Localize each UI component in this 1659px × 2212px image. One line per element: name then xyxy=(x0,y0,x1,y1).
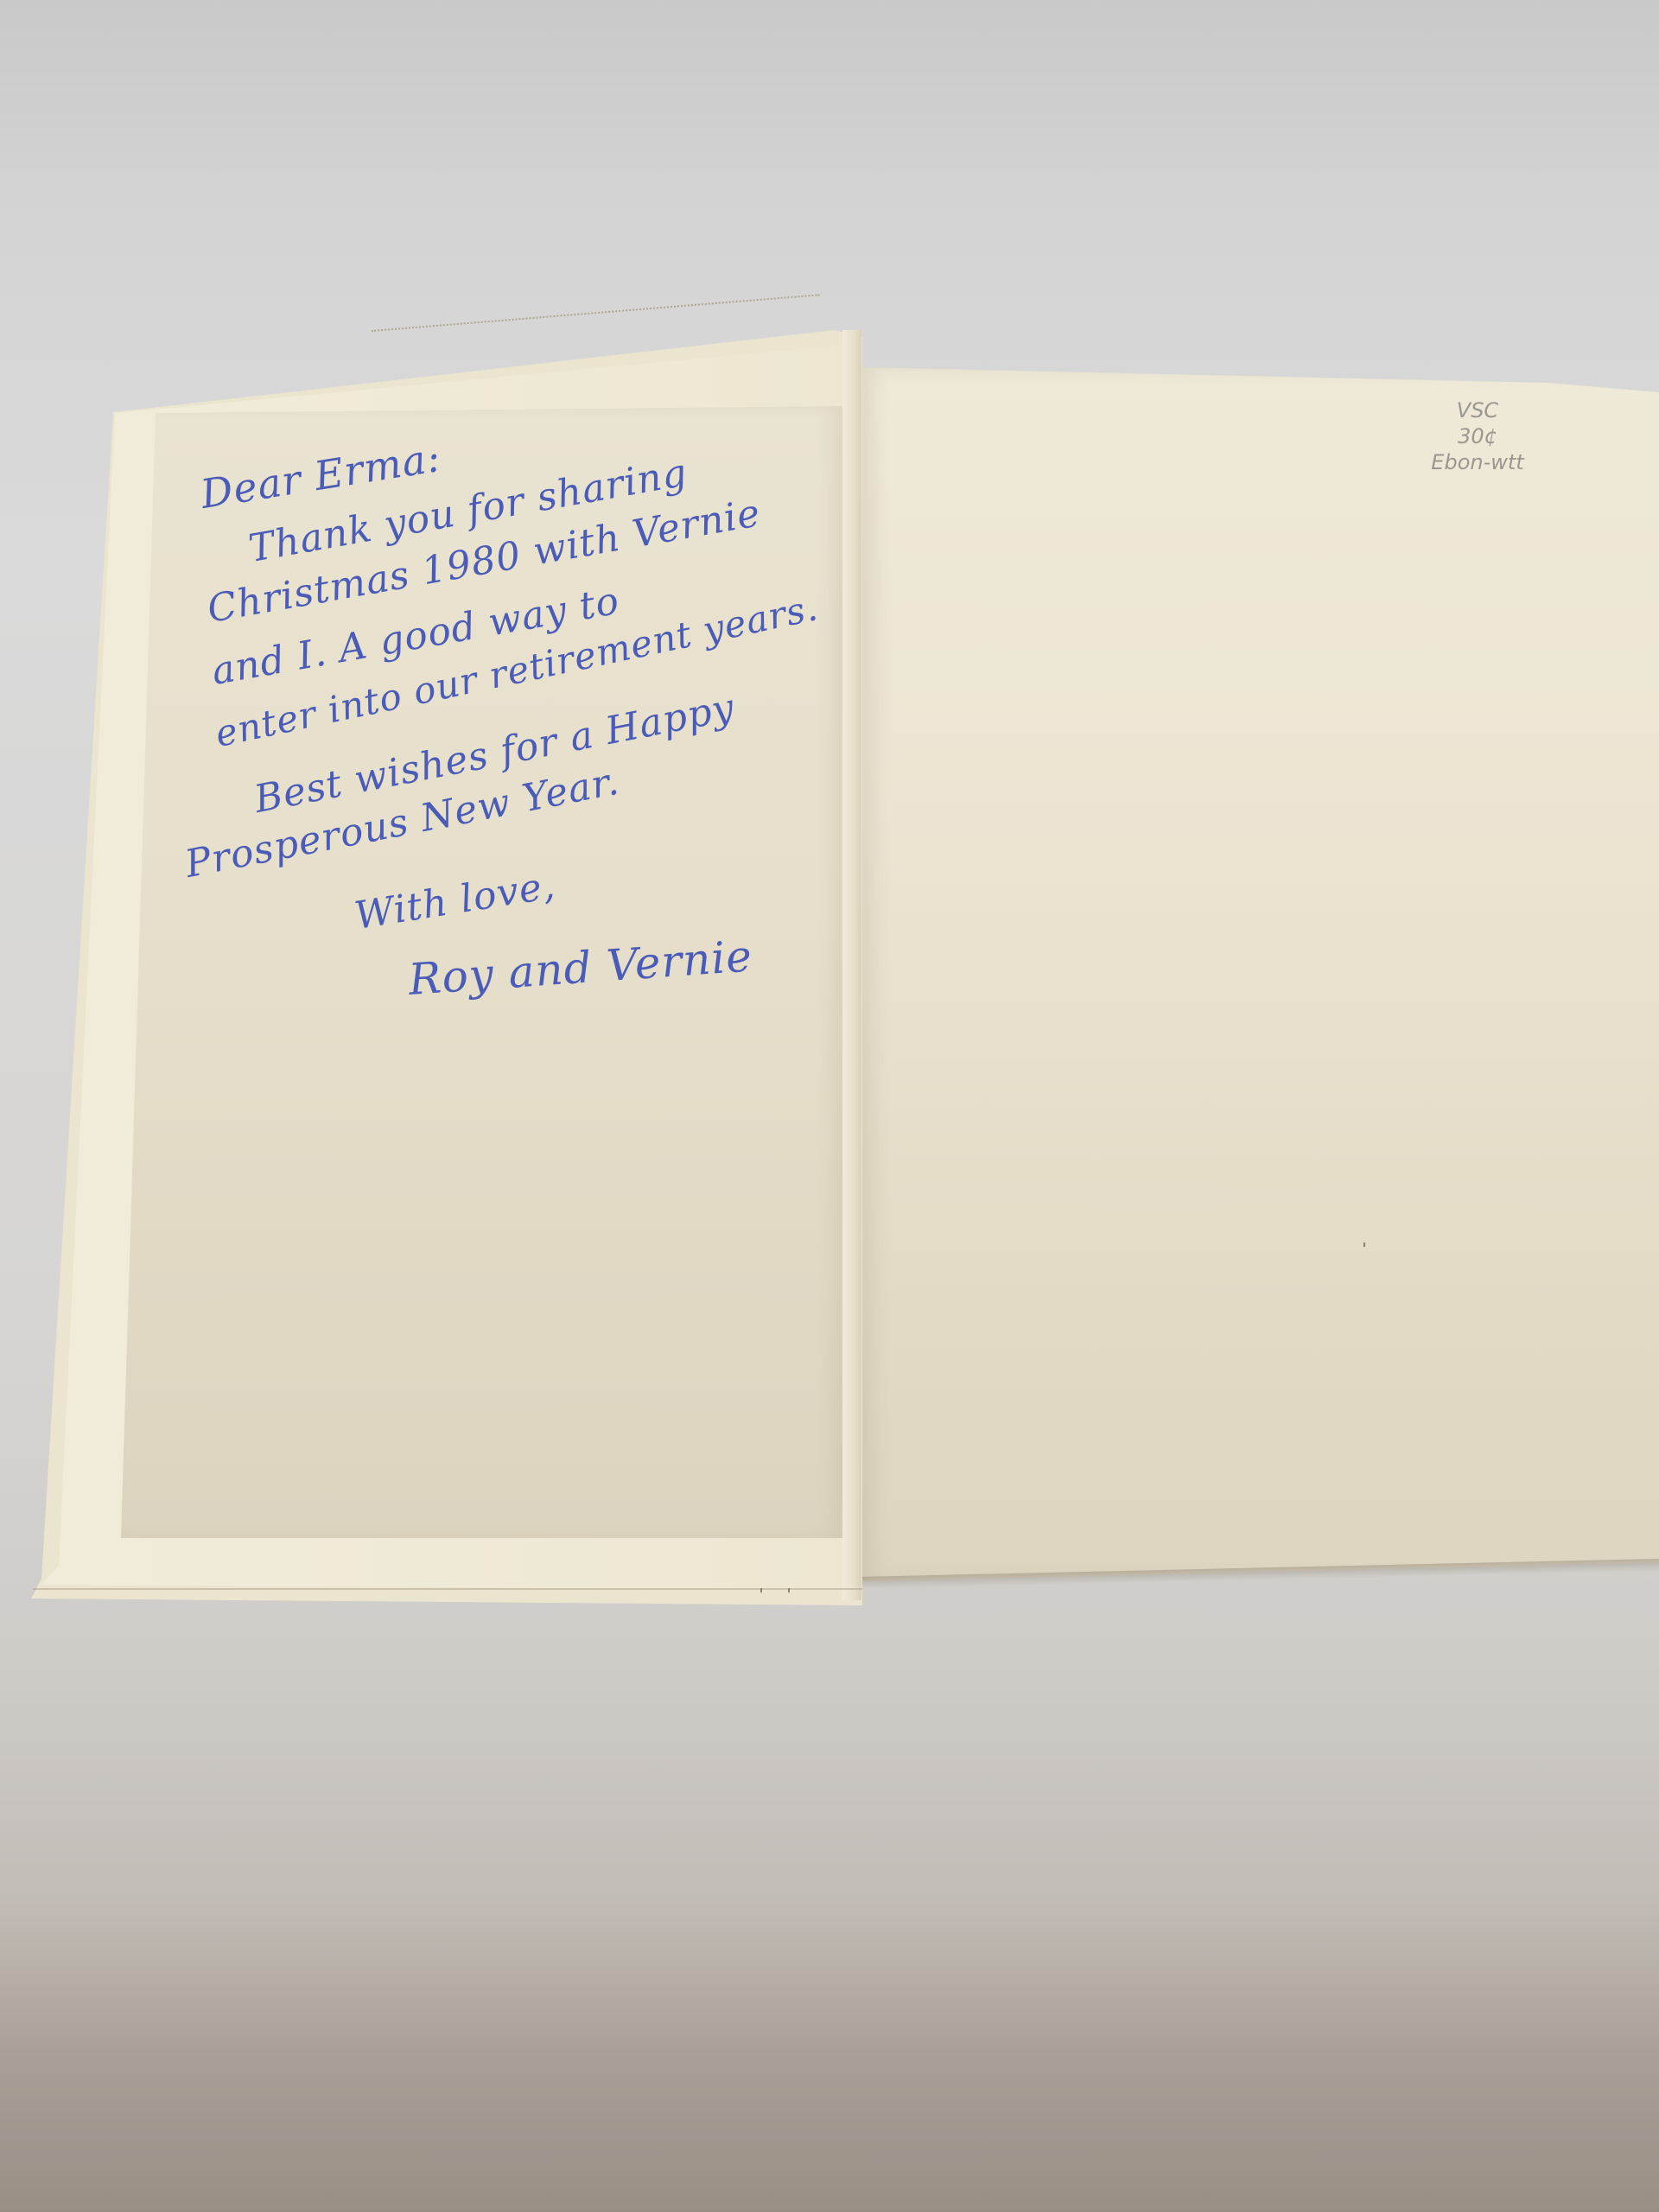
bottom-edge xyxy=(33,1588,862,1590)
inscription-line: With love, xyxy=(352,863,558,938)
paper-speck xyxy=(760,1588,762,1592)
pencil-price-note: VSC 30¢ Ebon-wtt xyxy=(1417,397,1538,475)
pencil-note-line: VSC xyxy=(1417,397,1538,423)
paper-speck xyxy=(1363,1243,1365,1247)
open-book: Dear Erma: Thank you for sharing Christm… xyxy=(0,0,1659,2212)
pencil-note-line: Ebon-wtt xyxy=(1417,449,1538,475)
handwritten-inscription: Dear Erma: Thank you for sharing Christm… xyxy=(186,449,842,1054)
top-edge-wear xyxy=(372,294,820,339)
pencil-note-price: 30¢ xyxy=(1417,423,1538,449)
right-flyleaf-page xyxy=(857,367,1659,1581)
paper-speck xyxy=(788,1588,790,1592)
spine-edge xyxy=(842,330,861,1600)
inscription-signature: Roy and Vernie xyxy=(407,931,754,1005)
